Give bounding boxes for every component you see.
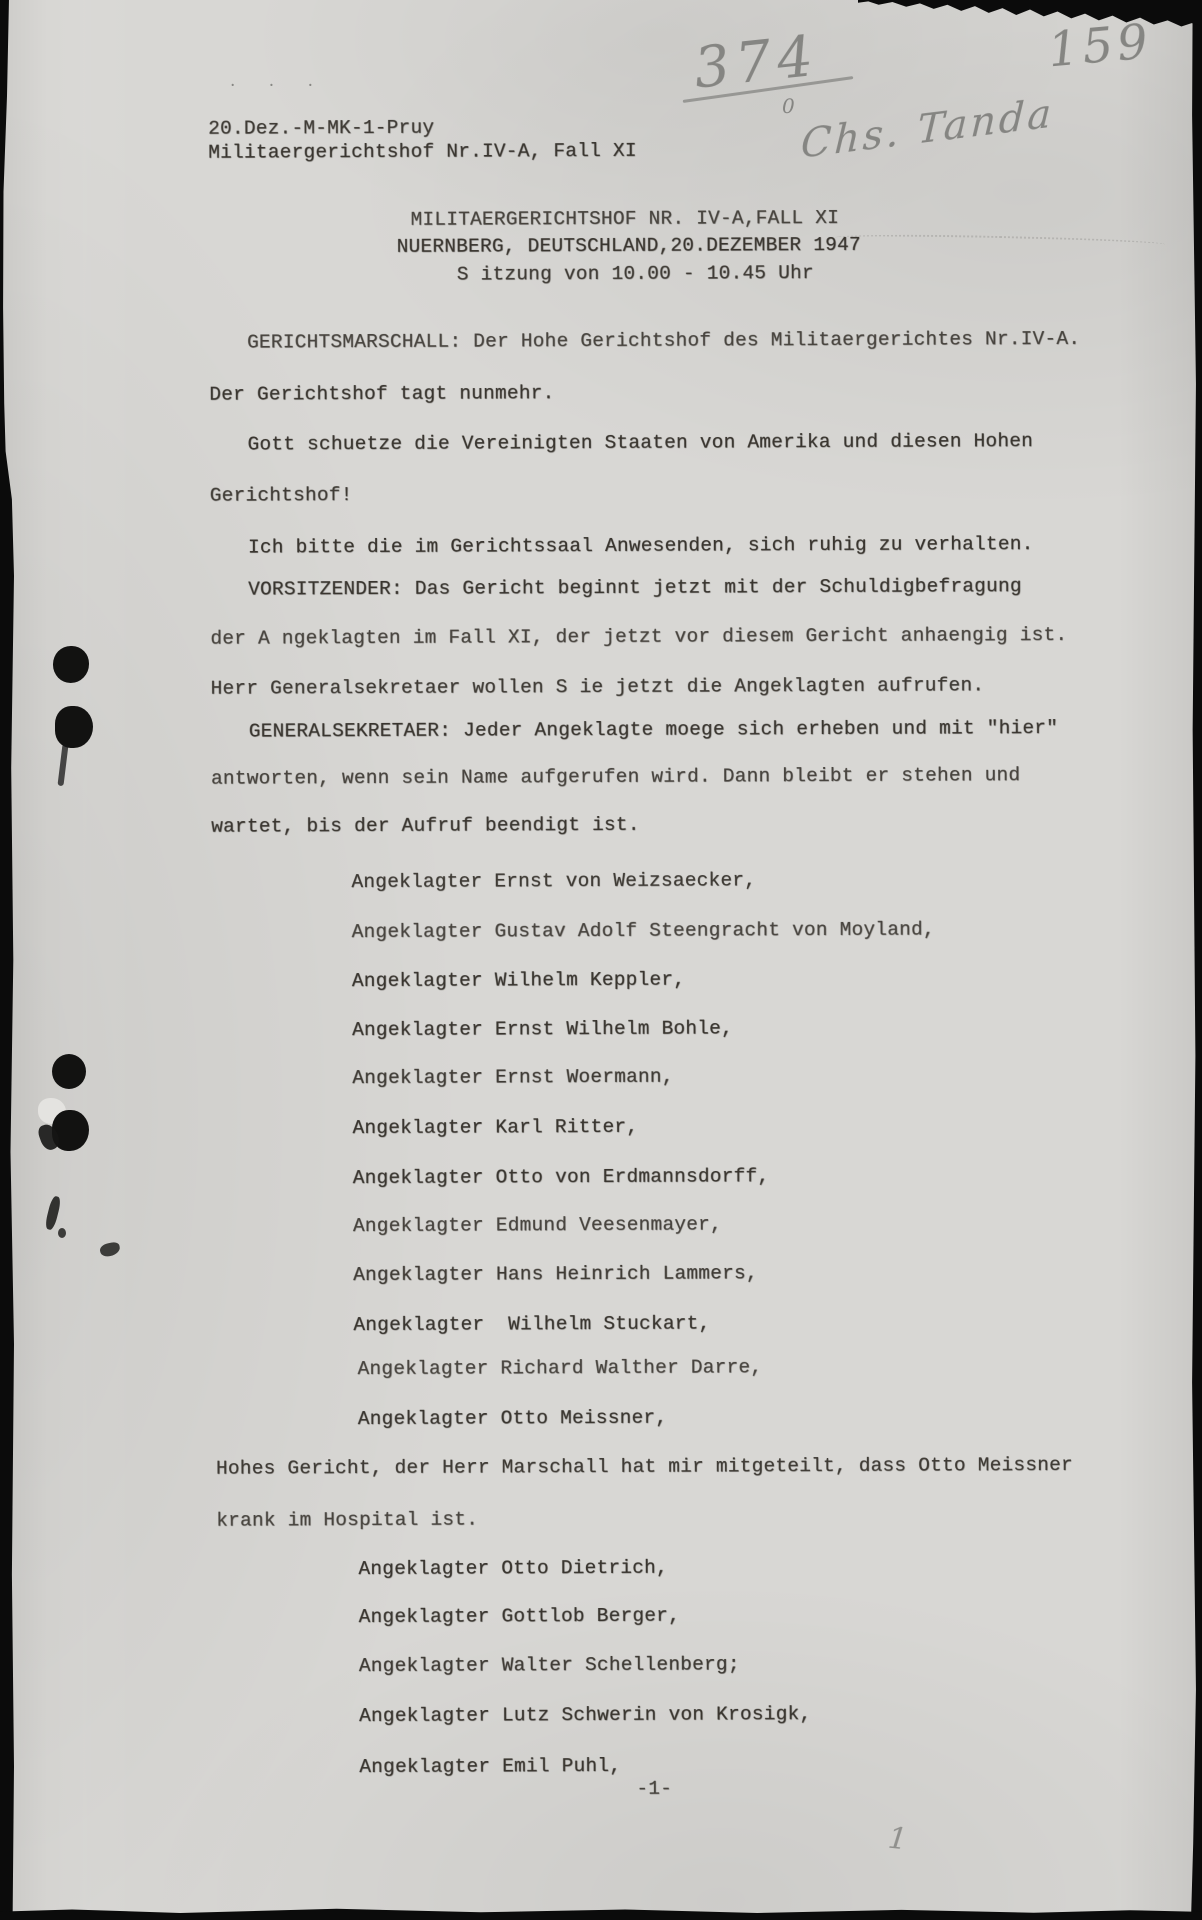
typed-line: Gerichtshof! (210, 484, 353, 507)
typed-line: Angeklagter Ernst von Weizsaecker, (351, 869, 756, 893)
typed-line: Hohes Gericht, der Herr Marschall hat mi… (216, 1454, 1073, 1480)
typed-line: Angeklagter Karl Ritter, (353, 1116, 639, 1140)
typed-line: Angeklagter Walter Schellenberg; (359, 1653, 740, 1677)
ink-mark (58, 1228, 66, 1238)
typed-line: wartet, bis der Aufruf beendigt ist. (211, 814, 640, 838)
typed-line: VORSITZENDER: Das Gericht beginnt jetzt … (248, 575, 1022, 601)
bottom-pencil-mark: 1 (886, 1821, 909, 1858)
typed-line: Angeklagter Otto Meissner, (358, 1407, 668, 1431)
typed-line: S itzung von 10.00 - 10.45 Uhr (457, 262, 814, 286)
punch-hole (52, 1054, 86, 1089)
typed-line: Angeklagter Wilhelm Stuckart, (353, 1313, 710, 1337)
typed-line: Angeklagter Otto Dietrich, (358, 1557, 668, 1581)
handwritten-superscript: 0 (782, 94, 795, 118)
typed-line: Herr Generalsekretaer wollen S ie jetzt … (211, 674, 985, 700)
typed-line: antworten, wenn sein Name aufgerufen wir… (211, 764, 1020, 790)
typed-line: 20.Dez.-M-MK-1-Pruy (208, 117, 434, 140)
scanned-document-page: 20.Dez.-M-MK-1-PruyMilitaergerichtshof N… (0, 0, 1202, 1920)
typed-line: -1- (636, 1778, 672, 1801)
typed-line: Angeklagter Emil Puhl, (359, 1755, 621, 1779)
typed-line: Angeklagter Ernst Wilhelm Bohle, (352, 1017, 733, 1041)
handwritten-page-number: 159 (1046, 14, 1154, 79)
typed-line: Ich bitte die im Gerichtssaal Anwesenden… (248, 533, 1034, 559)
typed-line: GERICHTSMARSCHALL: Der Hohe Gerichtshof … (247, 328, 1080, 354)
typed-line: NUERNBERG, DEUTSCHLAND,20.DEZEMBER 1947 (397, 234, 861, 258)
typed-line: Gott schuetze die Vereinigten Staaten vo… (248, 430, 1034, 456)
typed-line: Angeklagter Ernst Woermann, (352, 1066, 673, 1090)
typed-line: der A ngeklagten im Fall XI, der jetzt v… (210, 624, 1067, 650)
punch-hole (55, 706, 93, 748)
typed-line: Angeklagter Otto von Erdmannsdorff, (353, 1165, 770, 1189)
punch-hole (53, 646, 89, 683)
typed-line: GENERALSEKRETAER: Jeder Angeklagte moege… (249, 717, 1058, 743)
typed-line: Angeklagter Gottlob Berger, (359, 1605, 680, 1629)
typed-line: Angeklagter Gustav Adolf Steengracht von… (352, 919, 935, 944)
typed-line: Angeklagter Hans Heinrich Lammers, (353, 1262, 758, 1286)
typed-text-layer: 20.Dez.-M-MK-1-PruyMilitaergerichtshof N… (0, 0, 1202, 1920)
typed-line: Militaergerichtshof Nr.IV-A, Fall XI (208, 140, 637, 164)
stray-ink-dots: · · · (230, 76, 327, 96)
typed-line: Angeklagter Richard Walther Darre, (358, 1356, 763, 1380)
typed-line: Der Gerichtshof tagt nunmehr. (209, 382, 554, 406)
typed-line: Angeklagter Lutz Schwerin von Krosigk, (359, 1703, 811, 1727)
typed-line: MILITAERGERICHTSHOF NR. IV-A,FALL XI (411, 207, 840, 231)
typed-line: Angeklagter Wilhelm Keppler, (352, 969, 685, 993)
typed-line: Angeklagter Edmund Veesenmayer, (353, 1213, 722, 1237)
typed-line: krank im Hospital ist. (216, 1509, 478, 1533)
